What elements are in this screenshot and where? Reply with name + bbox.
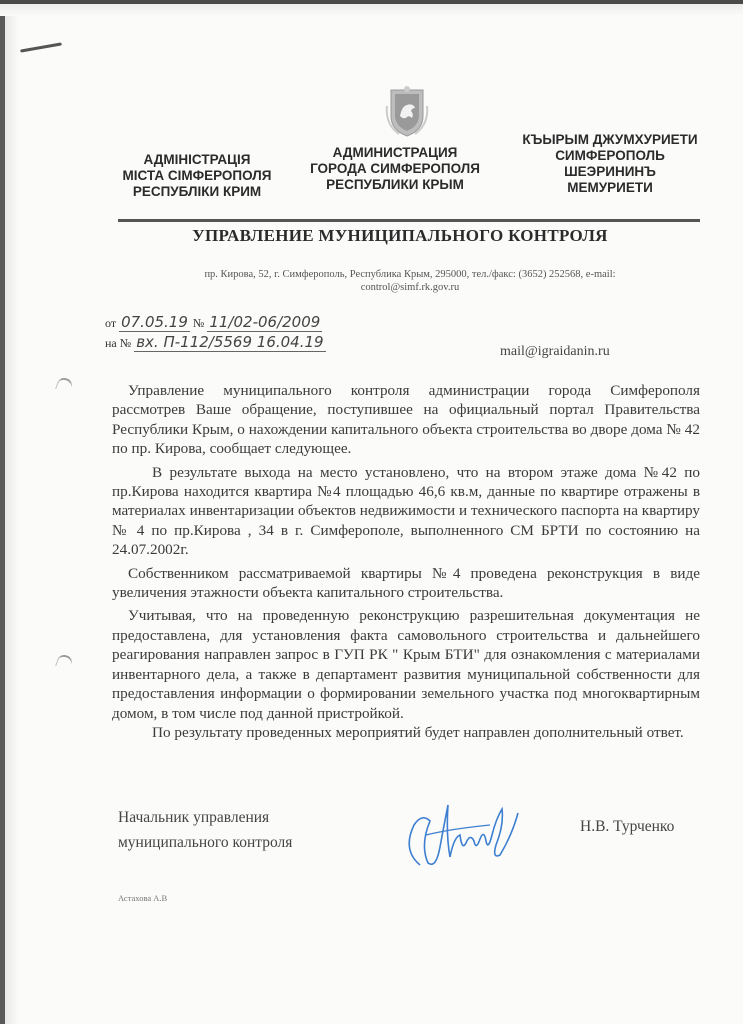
number-label: № bbox=[193, 316, 204, 330]
punch-hole-icon bbox=[55, 653, 74, 671]
address-line: пр. Кирова, 52, г. Симферополь, Республи… bbox=[120, 268, 700, 281]
outgoing-number: 11/02-06/2009 bbox=[207, 313, 322, 332]
header-ua-line: АДМІНІСТРАЦІЯ bbox=[112, 152, 282, 168]
header-russian: АДМИНИСТРАЦИЯ ГОРОДА СИМФЕРОПОЛЯ РЕСПУБЛ… bbox=[295, 145, 495, 193]
handwritten-signature-icon bbox=[400, 795, 530, 875]
department-address: пр. Кирова, 52, г. Симферополь, Республи… bbox=[120, 268, 700, 294]
incoming-reference: на № вх. П-112/5569 16.04.19 bbox=[105, 333, 326, 351]
scan-shadow-left bbox=[5, 0, 19, 1024]
signatory-title: Начальник управления муниципального конт… bbox=[118, 805, 292, 855]
paragraph: По результату проведенных мероприятий бу… bbox=[112, 723, 700, 742]
recipient-email: mail@igraidanin.ru bbox=[500, 344, 610, 360]
department-title: УПРАВЛЕНИЕ МУНИЦИПАЛЬНОГО КОНТРОЛЯ bbox=[100, 226, 700, 246]
header-crh-line: СИМФЕРОПОЛЬ bbox=[520, 148, 700, 164]
from-label: от bbox=[105, 316, 116, 330]
header-ru-line: РЕСПУБЛИКИ КРЫМ bbox=[295, 177, 495, 193]
letter-body: Управление муниципального контроля админ… bbox=[112, 381, 700, 742]
paragraph: Собственником рассматриваемой квартиры №… bbox=[112, 564, 700, 603]
crimea-coat-of-arms-icon bbox=[385, 86, 429, 138]
header-ukrainian: АДМІНІСТРАЦІЯ МІСТА СІМФЕРОПОЛЯ РЕСПУБЛІ… bbox=[112, 152, 282, 200]
header-ru-line: ГОРОДА СИМФЕРОПОЛЯ bbox=[295, 161, 495, 177]
header-ua-line: РЕСПУБЛІКИ КРИМ bbox=[112, 184, 282, 200]
signatory-title-line: муниципального контроля bbox=[118, 830, 292, 855]
header-ua-line: МІСТА СІМФЕРОПОЛЯ bbox=[112, 168, 282, 184]
paragraph: Управление муниципального контроля админ… bbox=[112, 381, 700, 459]
header-divider bbox=[118, 219, 700, 222]
signatory-title-line: Начальник управления bbox=[118, 805, 292, 830]
header-crimean-tatar: КЪЫРЫМ ДЖУМХУРИЕТИ СИМФЕРОПОЛЬ ШЕЭРИНИНЪ… bbox=[520, 132, 700, 196]
punch-hole-icon bbox=[55, 376, 74, 394]
paragraph: Учитывая, что на проведенную реконструкц… bbox=[112, 606, 700, 722]
header-ru-line: АДМИНИСТРАЦИЯ bbox=[295, 145, 495, 161]
scan-shadow-top bbox=[0, 4, 743, 16]
to-number-label: на № bbox=[105, 336, 131, 350]
header-crh-line: ШЕЭРИНИНЪ bbox=[520, 164, 700, 180]
incoming-number: вх. П-112/5569 16.04.19 bbox=[134, 333, 325, 352]
header-crh-line: КЪЫРЫМ ДЖУМХУРИЕТИ bbox=[520, 132, 700, 148]
header-crh-line: МЕМУРИЕТИ bbox=[520, 180, 700, 196]
signatory-name: Н.В. Турченко bbox=[580, 818, 674, 836]
pen-mark bbox=[20, 42, 62, 52]
outgoing-reference: от 07.05.19 № 11/02-06/2009 bbox=[105, 313, 322, 331]
outgoing-date: 07.05.19 bbox=[119, 313, 190, 332]
paragraph: В результате выхода на место установлено… bbox=[112, 463, 700, 560]
executor-name: Астахова А.В bbox=[118, 893, 167, 903]
address-email: control@simf.rk.gov.ru bbox=[120, 281, 700, 294]
